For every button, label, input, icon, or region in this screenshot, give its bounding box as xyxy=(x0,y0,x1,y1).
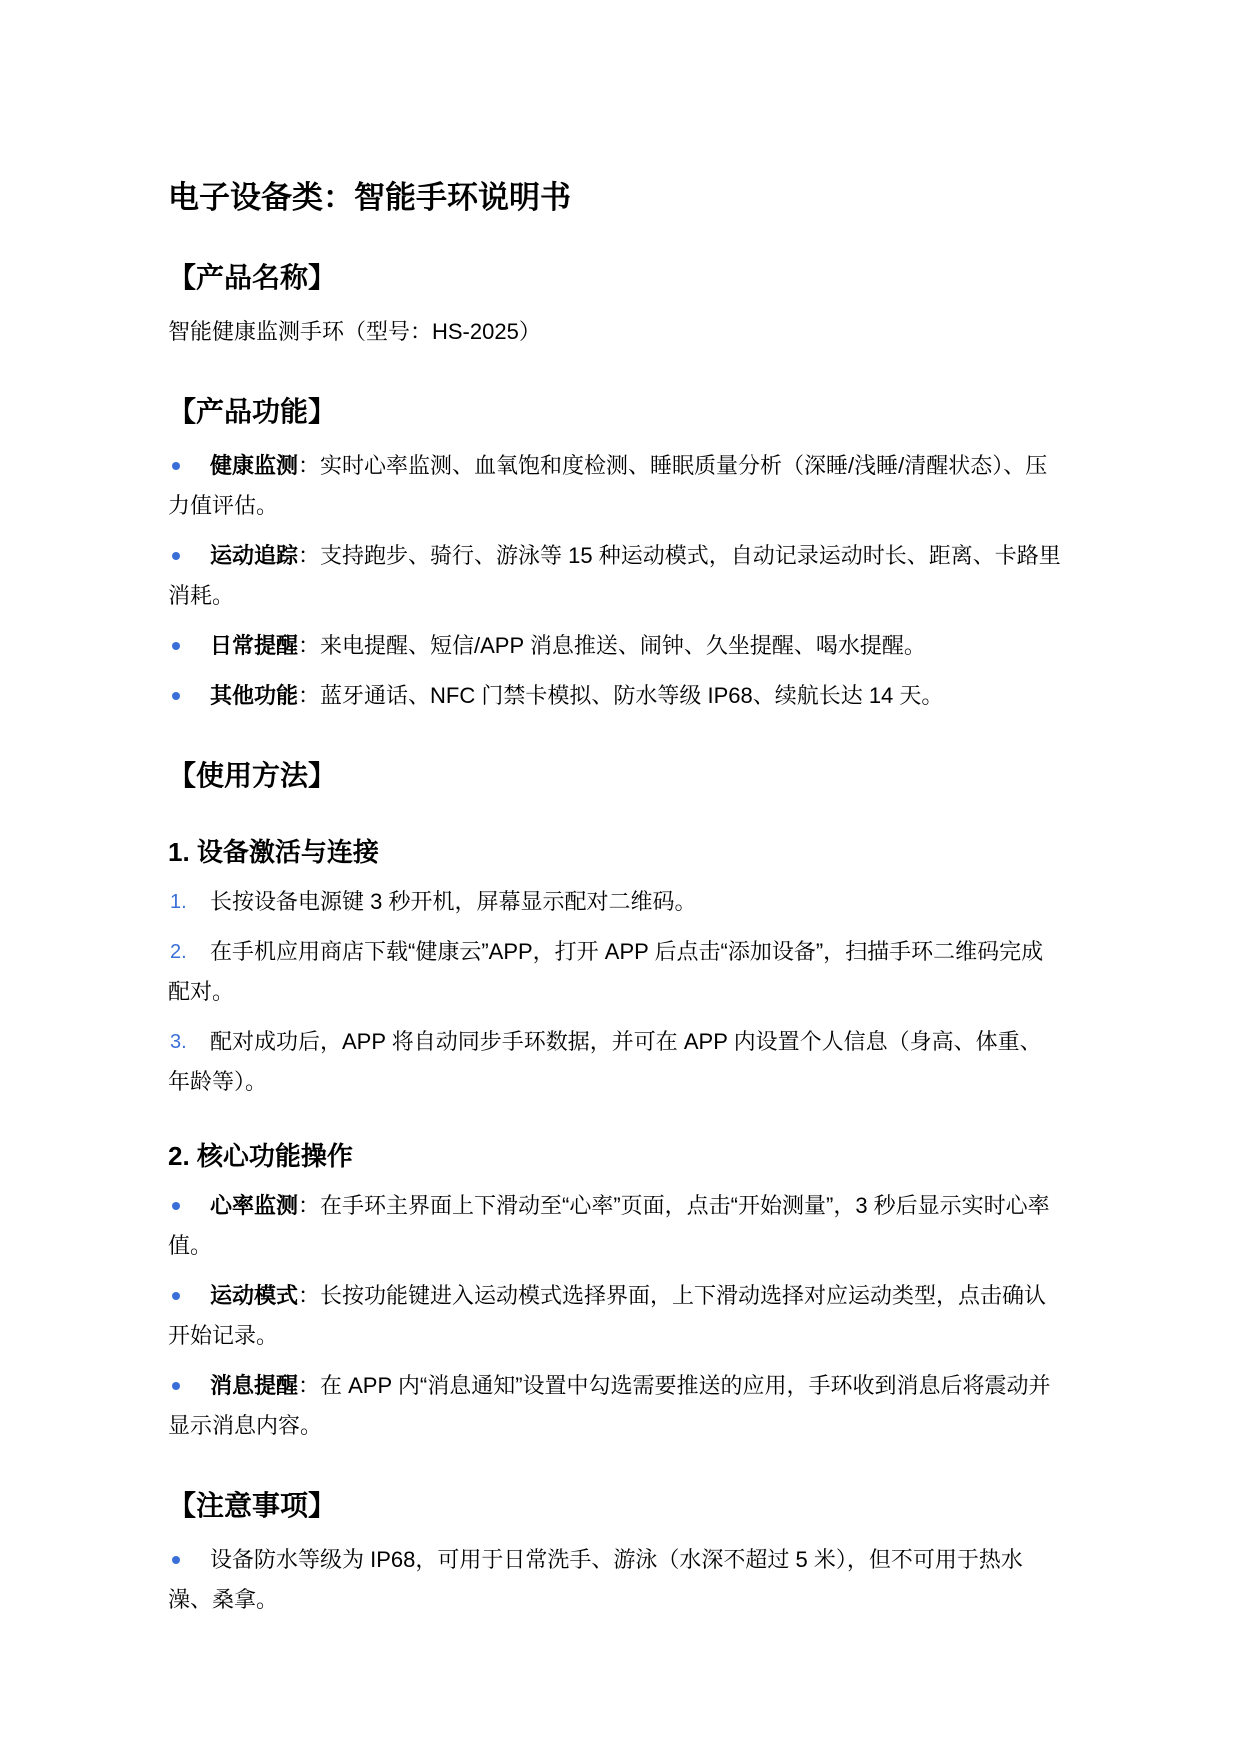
bullet-icon xyxy=(172,462,180,470)
bullet-icon xyxy=(172,1556,180,1564)
section-header-product-name: 【产品名称】 xyxy=(168,256,1063,300)
function-term: 消息提醒 xyxy=(210,1373,298,1398)
bullet-icon xyxy=(172,1382,180,1390)
note-text: 设备防水等级为 IP68，可用于日常洗手、游泳（水深不超过 5 米），但不可用于… xyxy=(168,1547,1023,1612)
feature-list-item: 其他功能：蓝牙通话、NFC 门禁卡模拟、防水等级 IP68、续航长达 14 天。 xyxy=(168,676,1063,716)
bullet-icon xyxy=(172,1292,180,1300)
document-page: 电子设备类：智能手环说明书 【产品名称】 智能健康监测手环（型号：HS-2025… xyxy=(0,0,1241,1755)
section-header-usage: 【使用方法】 xyxy=(168,754,1063,798)
function-list-item: 消息提醒：在 APP 内“消息通知”设置中勾选需要推送的应用，手环收到消息后将震… xyxy=(168,1366,1063,1446)
section-header-notes: 【注意事项】 xyxy=(168,1484,1063,1528)
function-list-item: 运动模式：长按功能键进入运动模式选择界面，上下滑动选择对应运动类型，点击确认开始… xyxy=(168,1276,1063,1356)
step-text: 在手机应用商店下载“健康云”APP，打开 APP 后点击“添加设备”，扫描手环二… xyxy=(168,939,1043,1004)
bullet-icon xyxy=(172,552,180,560)
feature-text: ：来电提醒、短信/APP 消息推送、闹钟、久坐提醒、喝水提醒。 xyxy=(298,633,926,658)
numbered-list-item: 3.配对成功后，APP 将自动同步手环数据，并可在 APP 内设置个人信息（身高… xyxy=(168,1022,1063,1102)
feature-term: 健康监测 xyxy=(210,453,298,478)
subsection-title-activation: 1. 设备激活与连接 xyxy=(168,832,1063,872)
feature-list-item: 日常提醒：来电提醒、短信/APP 消息推送、闹钟、久坐提醒、喝水提醒。 xyxy=(168,626,1063,666)
numbered-list-item: 2.在手机应用商店下载“健康云”APP，打开 APP 后点击“添加设备”，扫描手… xyxy=(168,932,1063,1012)
feature-term: 其他功能 xyxy=(210,683,298,708)
feature-list-item: 运动追踪：支持跑步、骑行、游泳等 15 种运动模式，自动记录运动时长、距离、卡路… xyxy=(168,536,1063,616)
function-text: ：长按功能键进入运动模式选择界面，上下滑动选择对应运动类型，点击确认开始记录。 xyxy=(168,1283,1046,1348)
function-term: 心率监测 xyxy=(210,1193,298,1218)
step-text: 长按设备电源键 3 秒开机，屏幕显示配对二维码。 xyxy=(210,889,696,914)
function-list-item: 心率监测：在手环主界面上下滑动至“心率”页面，点击“开始测量”，3 秒后显示实时… xyxy=(168,1186,1063,1266)
function-text: ：在 APP 内“消息通知”设置中勾选需要推送的应用，手环收到消息后将震动并显示… xyxy=(168,1373,1051,1438)
section-header-features: 【产品功能】 xyxy=(168,390,1063,434)
page-title: 电子设备类：智能手环说明书 xyxy=(168,178,1063,218)
product-name-text: 智能健康监测手环（型号：HS-2025） xyxy=(168,312,1063,352)
list-number: 3. xyxy=(170,1022,187,1062)
bullet-icon xyxy=(172,692,180,700)
feature-term: 运动追踪 xyxy=(210,543,298,568)
list-number: 1. xyxy=(170,882,187,922)
function-term: 运动模式 xyxy=(210,1283,298,1308)
list-number: 2. xyxy=(170,932,187,972)
note-list-item: 设备防水等级为 IP68，可用于日常洗手、游泳（水深不超过 5 米），但不可用于… xyxy=(168,1540,1063,1620)
subsection-title-core-functions: 2. 核心功能操作 xyxy=(168,1136,1063,1176)
bullet-icon xyxy=(172,1202,180,1210)
feature-text: ：实时心率监测、血氧饱和度检测、睡眠质量分析（深睡/浅睡/清醒状态）、压力值评估… xyxy=(168,453,1047,518)
function-text: ：在手环主界面上下滑动至“心率”页面，点击“开始测量”，3 秒后显示实时心率值。 xyxy=(168,1193,1050,1258)
feature-text: ：支持跑步、骑行、游泳等 15 种运动模式，自动记录运动时长、距离、卡路里消耗。 xyxy=(168,543,1061,608)
feature-list-item: 健康监测：实时心率监测、血氧饱和度检测、睡眠质量分析（深睡/浅睡/清醒状态）、压… xyxy=(168,446,1063,526)
step-text: 配对成功后，APP 将自动同步手环数据，并可在 APP 内设置个人信息（身高、体… xyxy=(168,1029,1042,1094)
feature-text: ：蓝牙通话、NFC 门禁卡模拟、防水等级 IP68、续航长达 14 天。 xyxy=(298,683,943,708)
numbered-list-item: 1.长按设备电源键 3 秒开机，屏幕显示配对二维码。 xyxy=(168,882,1063,922)
bullet-icon xyxy=(172,642,180,650)
feature-term: 日常提醒 xyxy=(210,633,298,658)
